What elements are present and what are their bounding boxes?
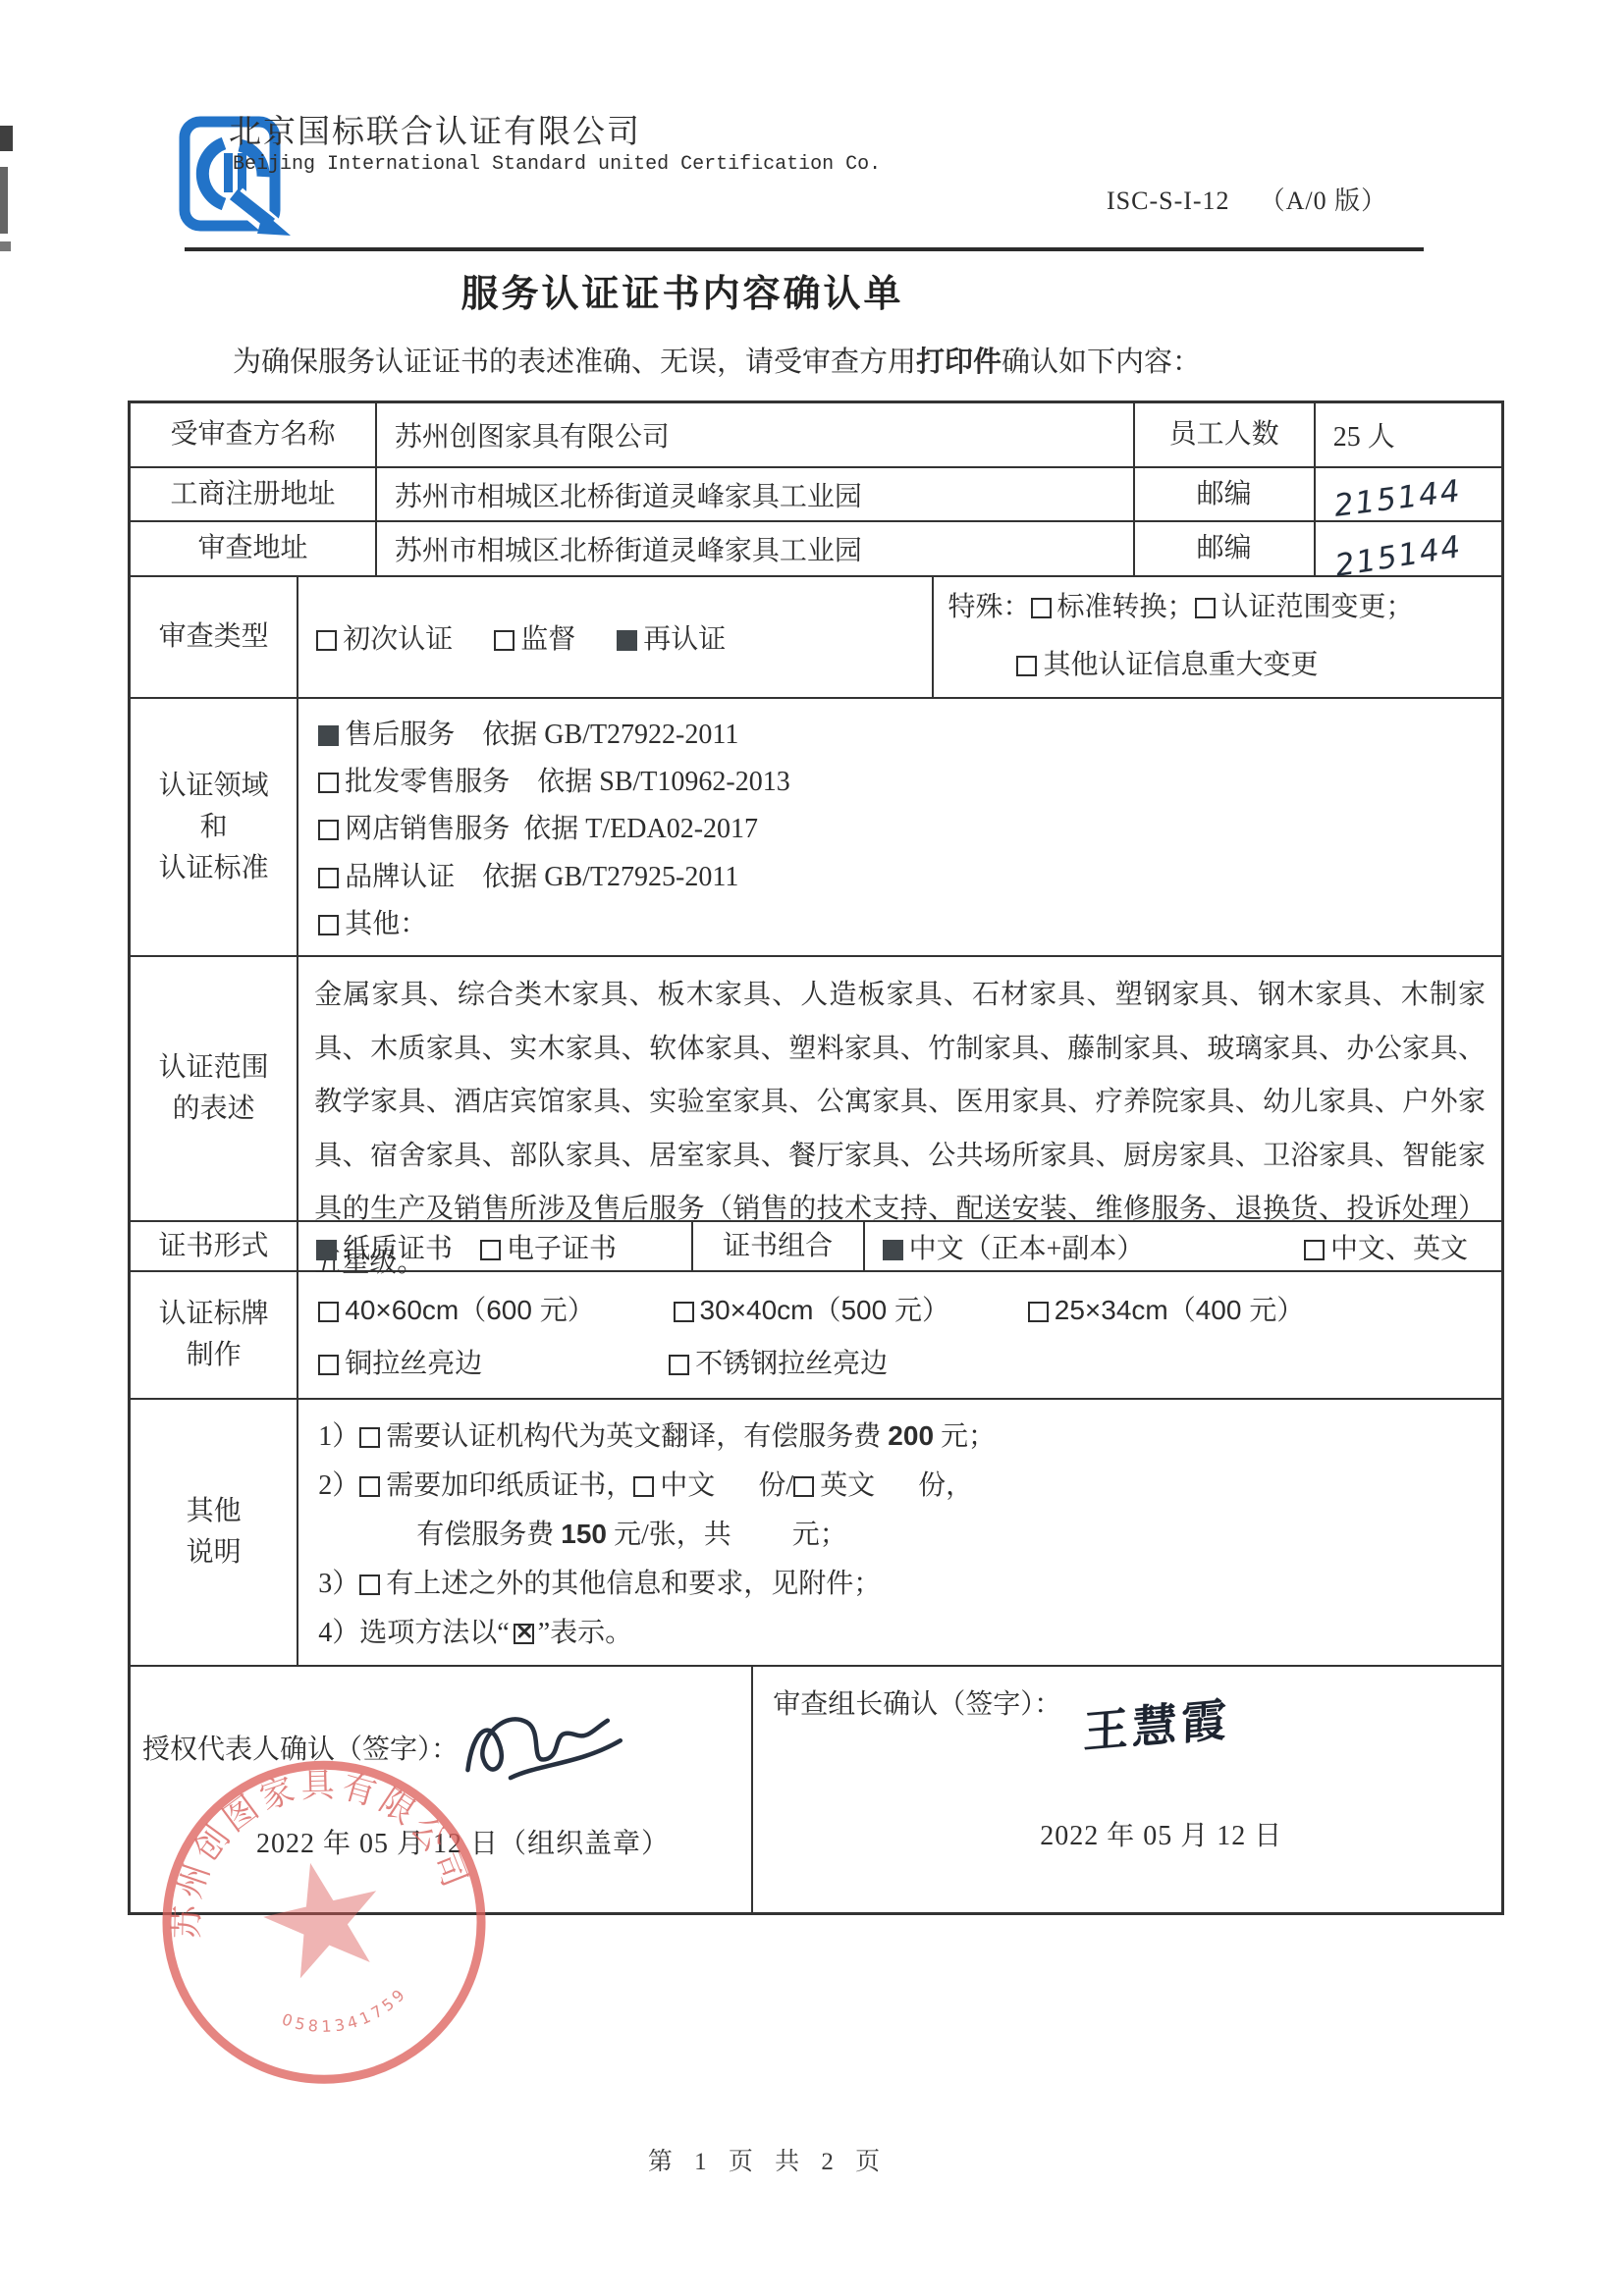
option-initial-cert: 初次认证 [316,617,453,657]
postcode-label: 邮编 [1133,468,1314,520]
note-line-2b: 有偿服务费 150 元/张，共元； [318,1513,847,1552]
checkbox-icon [316,630,337,651]
checkbox-icon [359,1575,380,1595]
checkbox-icon [617,630,637,651]
staff-count-label: 员工人数 [1133,403,1314,466]
option-online-store: 网店销售服务 依据 T/EDA02-2017 [318,807,758,846]
auditee-name-value: 苏州创图家具有限公司 [375,403,1133,466]
cert-combo-options: 中文（正本+副本） 中文、英文 [863,1222,1501,1270]
table-row-auditee: 受审查方名称 苏州创图家具有限公司 员工人数 25 人 [131,403,1501,466]
option-wholesale-retail: 批发零售服务 依据 SB/T10962-2013 [318,760,789,799]
option-brand-cert: 品牌认证 依据 GB/T27925-2011 [318,855,738,894]
intro-line: 为确保服务认证证书的表述准确、无误，请受审查方用打印件确认如下内容： [233,340,1201,380]
checkbox-icon [318,868,339,888]
table-row-plaque: 认证标牌制作 40×60cm（600 元） 30×40cm（500 元） 25×… [131,1270,1501,1398]
option-surveillance: 监督 [494,617,575,657]
document-code: ISC-S-I-12 （A/0 版） [1107,181,1387,217]
audit-address-label: 审查地址 [131,522,375,575]
checkbox-icon [359,1476,380,1497]
team-leader-signature-label: 审查组长确认（签字）： [773,1682,1061,1722]
plaque-label: 认证标牌制作 [131,1272,297,1398]
table-row-registered-address: 工商注册地址 苏州市相城区北桥街道灵峰家具工业园 邮编 215144 [131,466,1501,520]
other-notes-lines: 1）需要认证机构代为英文翻译，有偿服务费 200 元； 2）需要加印纸质证书，中… [297,1400,1501,1665]
note-line-2: 2）需要加印纸质证书，中文份/英文份， [318,1464,973,1503]
checkbox-icon [318,725,339,746]
checkbox-icon [1304,1240,1325,1260]
checkbox-icon [883,1240,903,1260]
checkbox-icon [318,773,339,793]
table-row-audit-address: 审查地址 苏州市相城区北桥街道灵峰家具工业园 邮编 215144 [131,520,1501,575]
note-line-1: 1）需要认证机构代为英文翻译，有偿服务费 200 元； [318,1415,996,1454]
option-recert: 再认证 [617,617,726,657]
postcode-value-handwritten: 215144 [1314,522,1501,575]
cert-combo-label: 证书组合 [691,1222,863,1270]
checkbox-icon [1031,598,1052,618]
team-leader-signature-cell: 审查组长确认（签字）： 王慧霞 2022 年 05 月 12 日 [751,1667,1501,1912]
scope-label: 认证范围的表述 [131,957,297,1220]
registered-address-label: 工商注册地址 [131,468,375,520]
checkbox-icon [1195,598,1216,618]
checkbox-icon [793,1476,814,1497]
plaque-options: 40×60cm（600 元） 30×40cm（500 元） 25×34cm（40… [297,1272,1501,1398]
cert-domain-options: 售后服务 依据 GB/T27922-2011 批发零售服务 依据 SB/T109… [297,699,1501,955]
table-row-cert-domain: 认证领域和认证标准 售后服务 依据 GB/T27922-2011 批发零售服务 … [131,697,1501,955]
checkbox-icon [494,630,514,651]
seal-code-digits: 0581341759 [276,1981,416,2048]
company-name-cn: 北京国标联合认证有限公司 [229,106,641,152]
audit-type-options: 初次认证 监督 再认证 [297,577,932,697]
checkbox-icon [318,1302,339,1322]
audit-type-special: 特殊：标准转换；认证范围变更； 其他认证信息重大变更 [932,577,1501,697]
table-row-cert-form: 证书形式 纸质证书 电子证书 证书组合 中文（正本+副本） 中文、英文 [131,1220,1501,1270]
scope-text-cell: 金属家具、综合类木家具、板木家具、人造板家具、石材家具、塑钢家具、钢木家具、木制… [297,957,1501,1220]
table-row-scope: 认证范围的表述 金属家具、综合类木家具、板木家具、人造板家具、石材家具、塑钢家具… [131,955,1501,1220]
staff-count-value: 25 人 [1314,403,1501,466]
cert-domain-label: 认证领域和认证标准 [131,699,297,955]
checkbox-icon [633,1476,654,1497]
checkbox-icon [1016,656,1037,676]
plaque-sizes: 40×60cm（600 元） 30×40cm（500 元） 25×34cm（40… [318,1289,1304,1328]
scan-artifact [0,126,13,151]
option-other: 其他： [318,902,427,941]
checkbox-icon [1028,1302,1049,1322]
checkbox-icon [669,1355,689,1375]
audit-address-value: 苏州市相城区北桥街道灵峰家具工业园 [375,522,1133,575]
checkbox-icon [674,1302,694,1322]
registered-address-value: 苏州市相城区北桥街道灵峰家具工业园 [375,468,1133,520]
confirmation-table: 受审查方名称 苏州创图家具有限公司 员工人数 25 人 工商注册地址 苏州市相城… [128,400,1504,1915]
scan-artifact [0,241,11,251]
company-name-en: Beijing International Standard united Ce… [233,153,881,176]
scanned-form-page: 北京国标联合认证有限公司 Beijing International Stand… [0,0,1624,2296]
cert-form-type-options: 纸质证书 电子证书 [297,1222,691,1270]
scan-artifact [0,167,8,234]
checked-box-example-icon [514,1624,534,1644]
checkbox-icon [318,820,339,840]
page-number: 第 1 页 共 2 页 [532,2142,1003,2177]
audit-type-label: 审查类型 [131,577,297,697]
team-leader-signature-handwriting: 王慧霞 [1083,1683,1231,1761]
checkbox-icon [318,915,339,935]
auditee-name-label: 受审查方名称 [131,403,375,466]
team-leader-date: 2022 年 05 月 12 日 [1040,1814,1282,1853]
svg-text:0581341759: 0581341759 [276,1981,416,2048]
other-notes-label: 其他说明 [131,1400,297,1665]
checkbox-icon [316,1240,337,1260]
postcode-label: 邮编 [1133,522,1314,575]
page-title: 服务认证证书内容确认单 [383,263,982,317]
table-row-audit-type: 审查类型 初次认证 监督 再认证 特殊：标准转换；认证范围变更； 其他认证信息重… [131,575,1501,697]
note-line-3: 3）有上述之外的其他信息和要求，见附件； [318,1562,881,1601]
table-row-other-notes: 其他说明 1）需要认证机构代为英文翻译，有偿服务费 200 元； 2）需要加印纸… [131,1398,1501,1665]
plaque-edges: 铜拉丝亮边 不锈钢拉丝亮边 [318,1342,888,1381]
header-divider [185,247,1424,251]
seal-star-icon [254,1850,392,1984]
option-after-sales: 售后服务 依据 GB/T27922-2011 [318,713,738,752]
note-line-4: 4）选项方法以“”表示。 [318,1611,632,1650]
checkbox-icon [359,1427,380,1448]
checkbox-icon [318,1355,339,1375]
postcode-value-handwritten: 215144 [1314,468,1501,520]
checkbox-icon [480,1240,501,1260]
cert-form-label: 证书形式 [131,1222,297,1270]
